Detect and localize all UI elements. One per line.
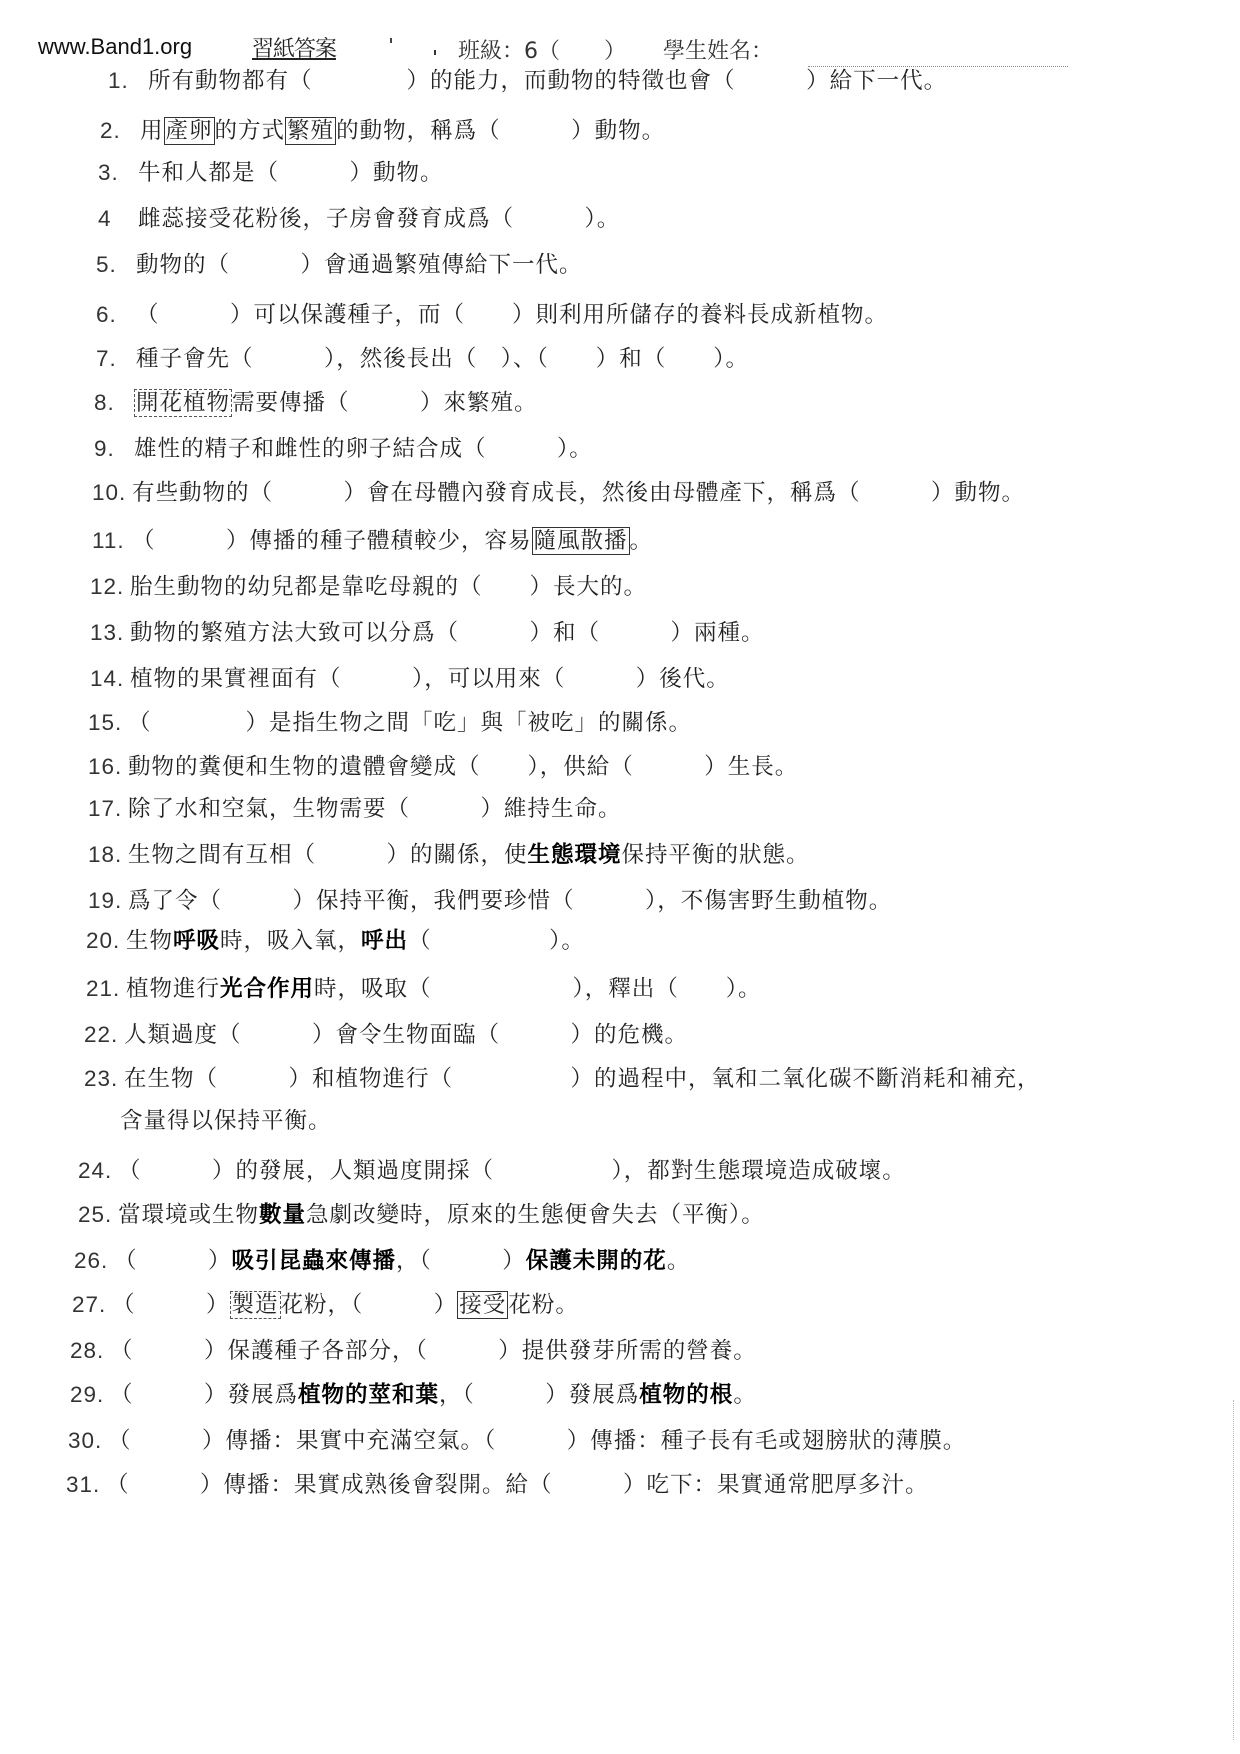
question-number: 31. <box>66 1470 106 1500</box>
question-text: （ ）傳播的種子體積較少，容易 <box>132 528 532 554</box>
question-text: （ ） <box>114 1248 232 1274</box>
question-text: 當環境或生物 <box>118 1202 259 1228</box>
question-28: 28.（ ）保護種子各部分，（ ）提供發芽所需的營養。 <box>70 1336 757 1366</box>
question-text: 胎生動物的幼兒都是靠吃母親的（ ）長大的。 <box>130 574 647 600</box>
question-25: 25.當環境或生物數量急劇改變時，原來的生態便會失去（平衡）。 <box>78 1200 765 1230</box>
question-3: 3.牛和人都是（ ）動物。 <box>98 158 444 188</box>
question-number: 11. <box>92 526 132 556</box>
question-number: 2. <box>100 116 140 146</box>
question-text: 時，吸入氧， <box>220 928 361 954</box>
question-text: 生物之間有互相（ ）的關係，使 <box>128 842 528 868</box>
question-7: 7.種子會先（ ），然後長出（ ）、（ ）和（ ）。 <box>96 344 749 374</box>
question-text: 急劇改變時，原來的生態便會失去（平衡）。 <box>306 1202 765 1228</box>
question-text: 雄性的精子和雌性的卵子結合成（ ）。 <box>134 436 593 462</box>
question-4: 4雌蕊接受花粉後，子房會發育成爲（ ）。 <box>98 204 620 234</box>
question-number: 17. <box>88 794 128 824</box>
boxed-keyword: 開花植物 <box>134 389 232 417</box>
question-text: 保持平衡的狀態。 <box>622 842 810 868</box>
question-29: 29.（ ）發展爲植物的莖和葉，（ ）發展爲植物的根。 <box>70 1380 757 1410</box>
question-23: 23.在生物（ ）和植物進行（ ）的過程中，氧和二氧化碳不斷消耗和補充， <box>84 1064 1041 1094</box>
question-13: 13.動物的繁殖方法大致可以分爲（ ）和（ ）兩種。 <box>90 618 765 648</box>
question-number: 4 <box>98 204 138 234</box>
question-number: 9. <box>94 434 134 464</box>
question-5: 5.動物的（ ）會通過繁殖傳給下一代。 <box>96 250 583 280</box>
question-number: 14. <box>90 664 130 694</box>
boxed-keyword: 繁殖 <box>285 117 336 145</box>
question-text: 的方式 <box>215 118 286 144</box>
question-text: 在生物（ ）和植物進行（ ）的過程中，氧和二氧化碳不斷消耗和補充， <box>124 1066 1041 1092</box>
question-text: ）的能力，而動物的特徵也會（ <box>407 68 736 94</box>
question-text: （ ）發展爲 <box>110 1382 298 1408</box>
question-text: 爲了令（ ）保持平衡，我們要珍惜（ ），不傷害野生動植物。 <box>128 888 892 914</box>
question-26: 26.（ ）吸引昆蟲來傳播，（ ）保護未開的花。 <box>74 1246 690 1276</box>
question-number: 5. <box>96 250 136 280</box>
question-text: （ ） <box>112 1292 230 1318</box>
question-23-continuation: 含量得以保持平衡。 <box>120 1106 332 1136</box>
question-number: 19. <box>88 886 128 916</box>
bold-keyword: 數量 <box>259 1202 306 1228</box>
question-9: 9.雄性的精子和雌性的卵子結合成（ ）。 <box>94 434 593 464</box>
site-watermark: www.Band1.org <box>38 34 192 60</box>
question-30: 30.（ ）傳播：果實中充滿空氣。（ ）傳播：種子長有毛或翅膀狀的薄膜。 <box>68 1426 966 1456</box>
boxed-keyword: 接受 <box>457 1291 508 1319</box>
question-17: 17.除了水和空氣，生物需要（ ）維持生命。 <box>88 794 622 824</box>
question-number: 13. <box>90 618 130 648</box>
question-text: ，（ ）發展爲 <box>439 1382 639 1408</box>
question-text: 除了水和空氣，生物需要（ ）維持生命。 <box>128 796 622 822</box>
worksheet-page: www.Band1.org 習紙答案 班級：6（ ） 學生姓名： 1.所有動物都… <box>0 0 1240 1754</box>
boxed-keyword: 製造 <box>230 1291 281 1319</box>
question-text: 種子會先（ ），然後長出（ ）、（ ）和（ ）。 <box>136 346 749 372</box>
question-number: 23. <box>84 1064 124 1094</box>
bold-keyword: 生態環境 <box>528 842 622 868</box>
question-number: 21. <box>86 974 126 1004</box>
question-text: （ ）是指生物之間「吃」與「被吃」的關係。 <box>128 710 692 736</box>
bold-keyword: 呼吸 <box>173 928 220 954</box>
question-number: 6. <box>96 300 136 330</box>
question-number: 16. <box>88 752 128 782</box>
bold-keyword: 植物的莖和葉 <box>298 1382 439 1408</box>
question-number: 15. <box>88 708 128 738</box>
bold-keyword: 吸引昆蟲來傳播 <box>232 1248 397 1274</box>
question-text: 牛和人都是（ ）動物。 <box>138 160 444 186</box>
question-number: 22. <box>84 1020 124 1050</box>
question-text: 有些動物的（ ）會在母體內發育成長，然後由母體產下，稱爲（ ）動物。 <box>132 480 1025 506</box>
question-text: （ ）可以保護種子，而（ ）則利用所儲存的養料長成新植物。 <box>136 302 888 328</box>
question-text: 雌蕊接受花粉後，子房會發育成爲（ ）。 <box>138 206 620 232</box>
question-text: 花粉，（ ） <box>281 1292 458 1318</box>
question-text: 。 <box>667 1248 691 1274</box>
question-text: ）給下一代。 <box>806 68 947 94</box>
question-text: 生物 <box>126 928 173 954</box>
question-11: 11.（ ）傳播的種子體積較少，容易隨風散播。 <box>92 526 653 556</box>
question-number: 12. <box>90 572 130 602</box>
question-text: 用 <box>140 118 164 144</box>
question-text: （ ）保護種子各部分，（ ）提供發芽所需的營養。 <box>110 1338 757 1364</box>
question-text: 動物的繁殖方法大致可以分爲（ ）和（ ）兩種。 <box>130 620 765 646</box>
question-text: （ ）傳播：果實中充滿空氣。（ ）傳播：種子長有毛或翅膀狀的薄膜。 <box>108 1428 966 1454</box>
question-10: 10.有些動物的（ ）會在母體內發育成長，然後由母體產下，稱爲（ ）動物。 <box>92 478 1025 508</box>
question-text: 花粉。 <box>508 1292 579 1318</box>
question-15: 15.（ ）是指生物之間「吃」與「被吃」的關係。 <box>88 708 692 738</box>
question-6: 6.（ ）可以保護種子，而（ ）則利用所儲存的養料長成新植物。 <box>96 300 888 330</box>
question-text: （ ）傳播：果實成熟後會裂開。給（ ）吃下：果實通常肥厚多汁。 <box>106 1472 929 1498</box>
worksheet-header: www.Band1.org 習紙答案 班級：6（ ） 學生姓名： <box>38 30 1240 70</box>
scan-speck <box>434 50 436 55</box>
question-27: 27.（ ）製造花粉，（ ）接受花粉。 <box>72 1290 579 1320</box>
question-number: 10. <box>92 478 132 508</box>
scan-speck <box>390 38 392 43</box>
question-2: 2.用產卵的方式繁殖的動物，稱爲（ ）動物。 <box>100 116 665 146</box>
question-20: 20.生物呼吸時，吸入氧，呼出（ ）。 <box>86 926 585 956</box>
question-19: 19.爲了令（ ）保持平衡，我們要珍惜（ ），不傷害野生動植物。 <box>88 886 892 916</box>
question-text: 植物的果實裡面有（ ），可以用來（ ）後代。 <box>130 666 730 692</box>
question-number: 20. <box>86 926 126 956</box>
question-31: 31.（ ）傳播：果實成熟後會裂開。給（ ）吃下：果實通常肥厚多汁。 <box>66 1470 929 1500</box>
question-text: 植物進行 <box>126 976 220 1002</box>
question-number: 1. <box>108 66 148 96</box>
question-text: ，（ ） <box>396 1248 526 1274</box>
question-text: 。 <box>733 1382 757 1408</box>
question-text: （ ）。 <box>408 928 585 954</box>
student-name-label: 學生姓名： <box>663 34 773 65</box>
question-16: 16.動物的糞便和生物的遺體會變成（ ），供給（ ）生長。 <box>88 752 798 782</box>
question-24: 24.（ ）的發展，人類過度開採（ ），都對生態環境造成破壞。 <box>78 1156 906 1186</box>
worksheet-title: 習紙答案 <box>252 32 336 63</box>
question-number: 7. <box>96 344 136 374</box>
question-text: 動物的糞便和生物的遺體會變成（ ），供給（ ）生長。 <box>128 754 798 780</box>
bold-keyword: 呼出 <box>361 928 408 954</box>
question-text: 人類過度（ ）會令生物面臨（ ）的危機。 <box>124 1022 688 1048</box>
question-1: 1.所有動物都有（ ）的能力，而動物的特徵也會（ ）給下一代。 <box>108 66 947 96</box>
question-14: 14.植物的果實裡面有（ ），可以用來（ ）後代。 <box>90 664 730 694</box>
question-number: 29. <box>70 1380 110 1410</box>
question-text: 需要傳播（ ）來繁殖。 <box>232 390 538 416</box>
question-text: 的動物，稱爲（ ）動物。 <box>336 118 665 144</box>
question-number: 27. <box>72 1290 112 1320</box>
question-8: 8.開花植物需要傳播（ ）來繁殖。 <box>94 388 538 418</box>
question-text: （ ）的發展，人類過度開採（ ），都對生態環境造成破壞。 <box>118 1158 906 1184</box>
question-22: 22.人類過度（ ）會令生物面臨（ ）的危機。 <box>84 1020 688 1050</box>
question-number: 18. <box>88 840 128 870</box>
question-number: 26. <box>74 1246 114 1276</box>
question-text: 所有動物都有（ <box>148 68 313 94</box>
scan-edge-artifact <box>1233 1400 1235 1740</box>
question-number: 8. <box>94 388 134 418</box>
question-number: 3. <box>98 158 138 188</box>
question-text: 時，吸取（ ），釋出（ ）。 <box>314 976 762 1002</box>
question-18: 18.生物之間有互相（ ）的關係，使生態環境保持平衡的狀態。 <box>88 840 810 870</box>
bold-keyword: 光合作用 <box>220 976 314 1002</box>
question-21: 21.植物進行光合作用時，吸取（ ），釋出（ ）。 <box>86 974 762 1004</box>
question-text: 動物的（ ）會通過繁殖傳給下一代。 <box>136 252 583 278</box>
question-12: 12.胎生動物的幼兒都是靠吃母親的（ ）長大的。 <box>90 572 647 602</box>
class-field-label: 班級：6（ ） <box>458 34 626 65</box>
bold-keyword: 植物的根 <box>639 1382 733 1408</box>
question-number: 28. <box>70 1336 110 1366</box>
boxed-keyword: 隨風散播 <box>532 527 630 555</box>
answer-blank <box>313 66 407 96</box>
boxed-keyword: 產卵 <box>164 117 215 145</box>
bold-keyword: 保護未開的花 <box>526 1248 667 1274</box>
question-number: 25. <box>78 1200 118 1230</box>
answer-blank <box>736 66 807 96</box>
question-number: 30. <box>68 1426 108 1456</box>
question-number: 24. <box>78 1156 118 1186</box>
question-text: 。 <box>630 528 654 554</box>
